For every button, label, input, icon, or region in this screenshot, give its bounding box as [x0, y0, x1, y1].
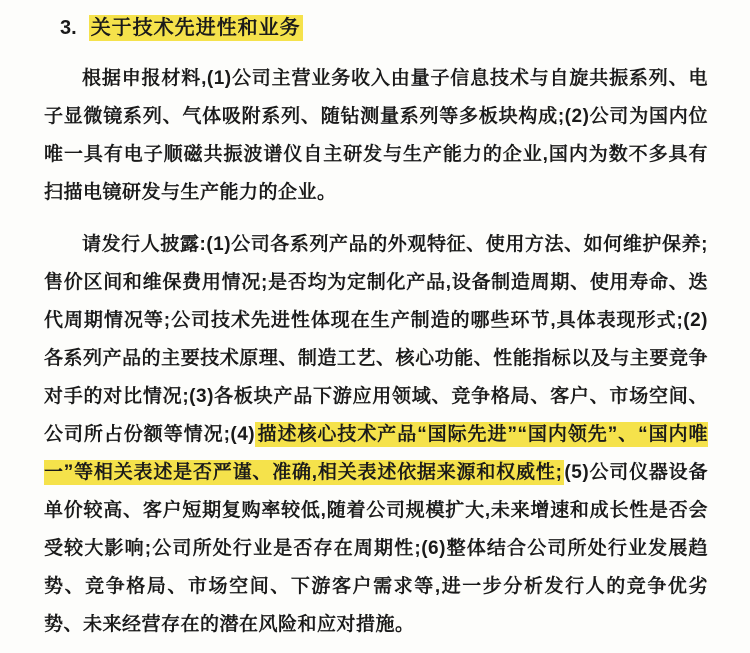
- paragraph-application-materials: 根据申报材料,(1)公司主营业务收入由量子信息技术与自旋共振系列、电子显微镜系列…: [44, 60, 708, 212]
- paragraph1-text: 根据申报材料,(1)公司主营业务收入由量子信息技术与自旋共振系列、电子显微镜系列…: [44, 68, 708, 203]
- section-title: 3.关于技术先进性和业务: [60, 10, 708, 46]
- paragraph2-text-after-highlight: (5)公司仪器设备单价较高、客户短期复购率较低,随着公司规模扩大,未来增速和成长…: [44, 462, 708, 635]
- section-title-highlighted-text: 关于技术先进性和业务: [89, 15, 303, 41]
- document-page: 3.关于技术先进性和业务 根据申报材料,(1)公司主营业务收入由量子信息技术与自…: [0, 0, 750, 653]
- paragraph-disclosure-request: 请发行人披露:(1)公司各系列产品的外观特征、使用方法、如何维护保养;售价区间和…: [44, 226, 708, 644]
- section-number: 3.: [60, 17, 77, 39]
- paragraph2-text-before-highlight: 请发行人披露:(1)公司各系列产品的外观特征、使用方法、如何维护保养;售价区间和…: [44, 234, 708, 445]
